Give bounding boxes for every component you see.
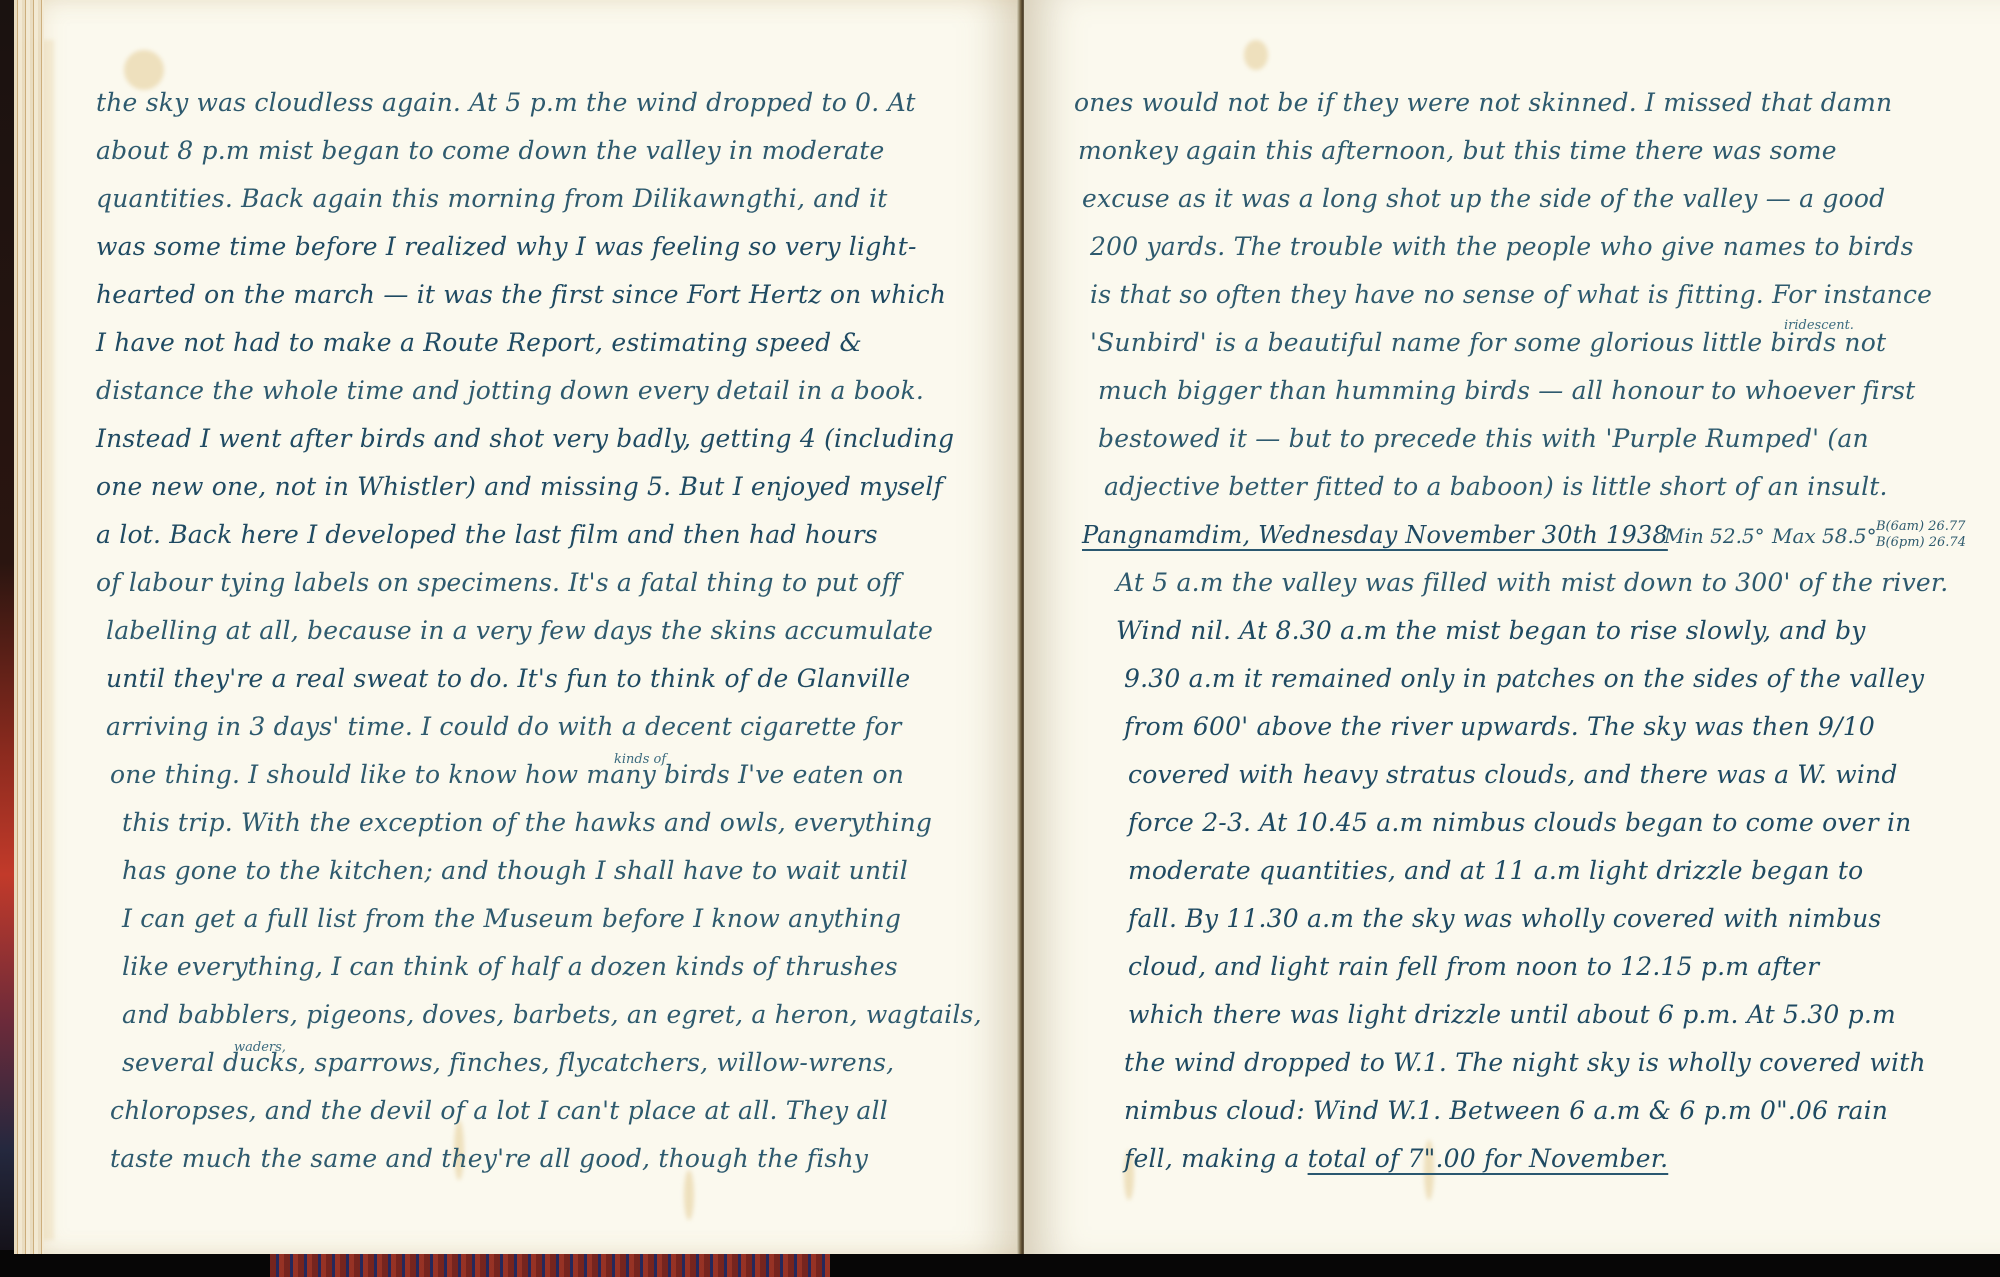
text-line: labelling at all, because in a very few … <box>106 616 933 646</box>
text-line: chloropses, and the devil of a lot I can… <box>110 1096 888 1126</box>
text-line: is that so often they have no sense of w… <box>1090 280 1932 310</box>
text-line: arriving in 3 days' time. I could do wit… <box>106 712 901 742</box>
page-edges <box>14 0 44 1254</box>
text-line: Wind nil. At 8.30 a.m the mist began to … <box>1116 616 1866 646</box>
paper-stain <box>124 50 164 90</box>
text-line: which there was light drizzle until abou… <box>1128 1000 1896 1030</box>
book-cover-edge <box>0 0 14 1250</box>
text-line: has gone to the kitchen; and though I sh… <box>122 856 908 886</box>
text-line: fall. By 11.30 a.m the sky was wholly co… <box>1128 904 1881 934</box>
text-line: like everything, I can think of half a d… <box>122 952 898 982</box>
barometer-6pm: B(6pm) 26.74 <box>1876 535 1966 550</box>
text-line: the sky was cloudless again. At 5 p.m th… <box>96 88 916 118</box>
november-rain-total: total of 7".00 for November. <box>1308 1144 1669 1173</box>
text-line: 200 yards. The trouble with the people w… <box>1090 232 1914 262</box>
left-page: the sky was cloudless again. At 5 p.m th… <box>14 0 1020 1254</box>
final-line-prefix: fell, making a <box>1124 1144 1308 1173</box>
text-line: this trip. With the exception of the haw… <box>122 808 932 838</box>
text-line: nimbus cloud: Wind W.1. Between 6 a.m & … <box>1124 1096 1888 1126</box>
text-line: a lot. Back here I developed the last fi… <box>96 520 878 550</box>
text-line: one new one, not in Whistler) and missin… <box>96 472 943 502</box>
final-text-line: fell, making a total of 7".00 for Novemb… <box>1124 1144 1668 1174</box>
text-line: monkey again this afternoon, but this ti… <box>1078 136 1837 166</box>
text-line: one thing. I should like to know how man… <box>110 760 904 790</box>
min-temperature: Min 52.5° <box>1664 524 1765 548</box>
text-line: until they're a real sweat to do. It's f… <box>106 664 910 694</box>
entry-heading-place-date: Pangnamdim, Wednesday November 30th 1938 <box>1082 520 1668 550</box>
text-line: adjective better fitted to a baboon) is … <box>1104 472 1888 502</box>
barometer-6am: B(6am) 26.77 <box>1876 519 1965 534</box>
text-line: about 8 p.m mist began to come down the … <box>96 136 885 166</box>
max-temperature: Max 58.5° <box>1772 524 1877 548</box>
text-line: the wind dropped to W.1. The night sky i… <box>1124 1048 1926 1078</box>
text-line: I can get a full list from the Museum be… <box>122 904 901 934</box>
text-line: 9.30 a.m it remained only in patches on … <box>1124 664 1924 694</box>
text-line: cloud, and light rain fell from noon to … <box>1128 952 1819 982</box>
paper-stain <box>1244 40 1268 70</box>
text-line: ones would not be if they were not skinn… <box>1074 88 1892 118</box>
text-line: taste much the same and they're all good… <box>110 1144 868 1174</box>
right-page: ones would not be if they were not skinn… <box>1024 0 2000 1254</box>
text-line: was some time before I realized why I wa… <box>96 232 917 262</box>
text-line: hearted on the march — it was the first … <box>96 280 946 310</box>
text-line: from 600' above the river upwards. The s… <box>1124 712 1875 742</box>
text-line: I have not had to make a Route Report, e… <box>96 328 862 358</box>
text-line: excuse as it was a long shot up the side… <box>1082 184 1885 214</box>
text-line: covered with heavy stratus clouds, and t… <box>1128 760 1898 790</box>
text-line: much bigger than humming birds — all hon… <box>1098 376 1915 406</box>
text-line: moderate quantities, and at 11 a.m light… <box>1128 856 1863 886</box>
notebook-spread: the sky was cloudless again. At 5 p.m th… <box>0 0 2000 1277</box>
text-line: and babblers, pigeons, doves, barbets, a… <box>122 1000 982 1030</box>
text-line: 'Sunbird' is a beautiful name for some g… <box>1090 328 1886 358</box>
text-line: several ducks, sparrows, finches, flycat… <box>122 1048 894 1078</box>
fabric-underneath <box>270 1252 830 1277</box>
text-line: quantities. Back again this morning from… <box>96 184 887 214</box>
paper-stain <box>684 1170 694 1220</box>
text-line: bestowed it — but to precede this with '… <box>1098 424 1869 454</box>
text-line: force 2-3. At 10.45 a.m nimbus clouds be… <box>1128 808 1911 838</box>
text-line: Instead I went after birds and shot very… <box>96 424 954 454</box>
text-line: distance the whole time and jotting down… <box>96 376 924 406</box>
text-line: of labour tying labels on specimens. It'… <box>96 568 901 598</box>
text-line: At 5 a.m the valley was filled with mist… <box>1116 568 1948 598</box>
